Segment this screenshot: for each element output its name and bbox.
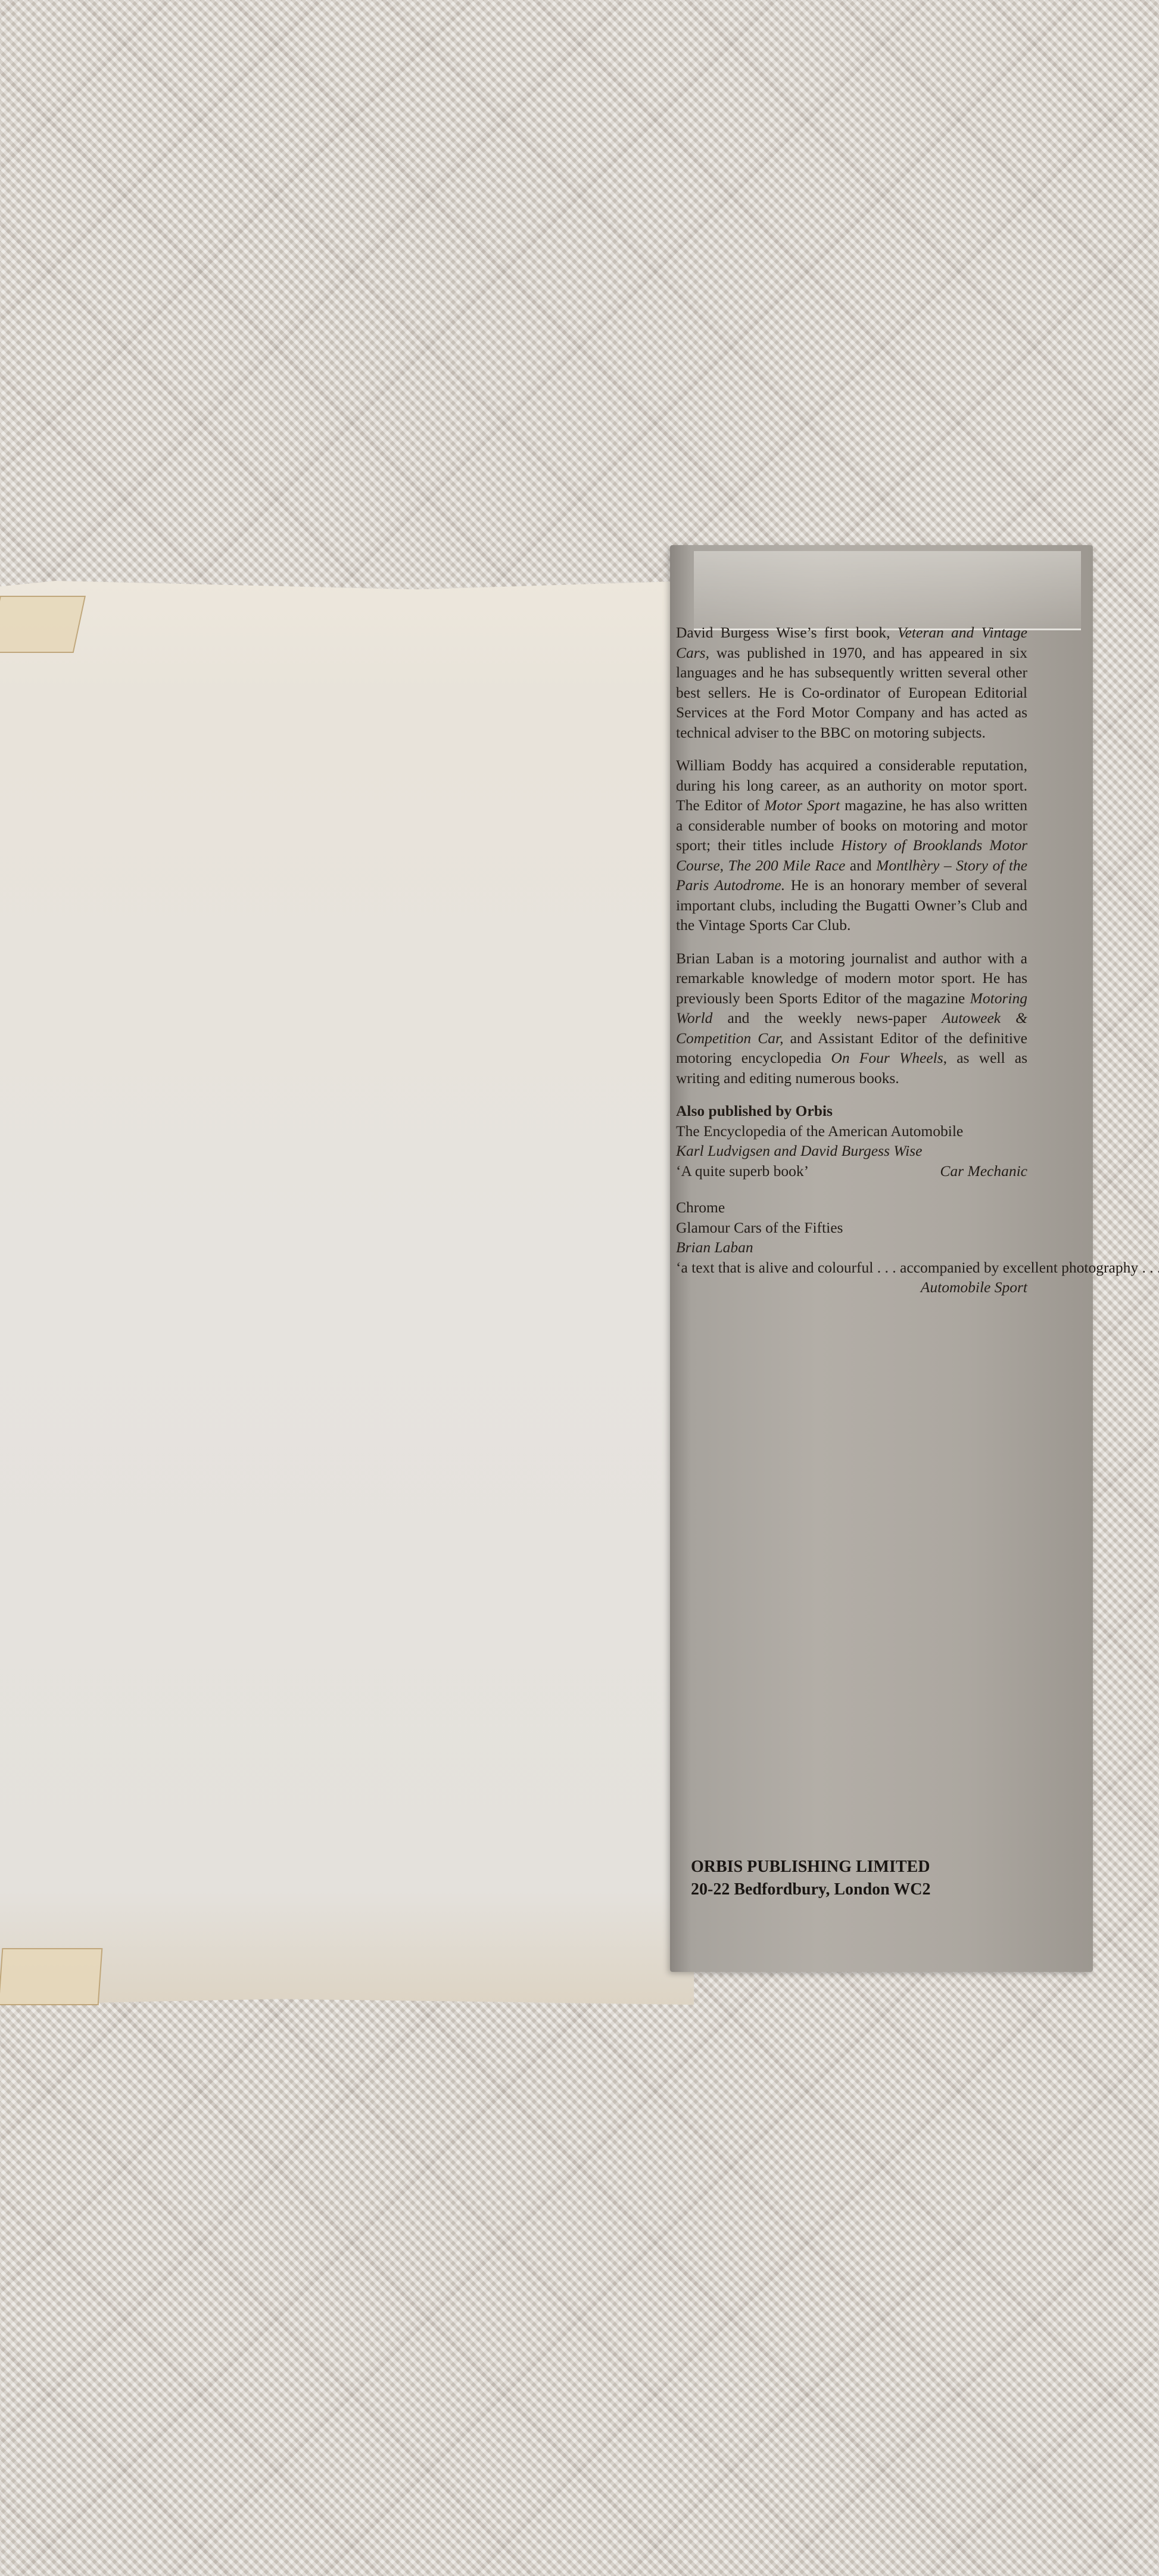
- book-author: Brian Laban: [676, 1237, 1027, 1258]
- tape-strip-top: [0, 596, 86, 653]
- review-source-row: Automobile Sport: [676, 1277, 1027, 1298]
- bio-william-boddy: William Boddy has acquired a considerabl…: [676, 755, 1027, 935]
- publisher-address: 20-22 Bedfordbury, London WC2: [691, 1878, 1024, 1901]
- review-quote: ‘a text that is alive and colourful . . …: [676, 1258, 1027, 1278]
- publisher-imprint: ORBIS PUBLISHING LIMITED 20-22 Bedfordbu…: [691, 1856, 1024, 1901]
- flap-text-column: David Burgess Wise’s first book, Veteran…: [676, 623, 1027, 1314]
- review-source: Car Mechanic: [940, 1161, 1027, 1181]
- review-source: Automobile Sport: [921, 1278, 1027, 1296]
- book-title: Chrome: [676, 1197, 1027, 1218]
- review-quote-row: ‘A quite superb book’ Car Mechanic: [676, 1161, 1027, 1181]
- review-quote: ‘A quite superb book’: [676, 1161, 809, 1181]
- also-published-heading: Also published by Orbis: [676, 1101, 1027, 1121]
- book-subtitle: Glamour Cars of the Fifties: [676, 1218, 1027, 1238]
- also-published-book-2: Chrome Glamour Cars of the Fifties Brian…: [676, 1197, 1027, 1298]
- also-published-book-1: Also published by Orbis The Encyclopedia…: [676, 1101, 1027, 1181]
- book-author: Karl Ludvigsen and David Burgess Wise: [676, 1141, 1027, 1161]
- publisher-name: ORBIS PUBLISHING LIMITED: [691, 1856, 1024, 1878]
- tape-strip-bottom: [0, 1948, 102, 2005]
- book-title: The Encyclopedia of the American Automob…: [676, 1121, 1027, 1141]
- bio-brian-laban: Brian Laban is a motoring journalist and…: [676, 948, 1027, 1088]
- bio-david-burgess-wise: David Burgess Wise’s first book, Veteran…: [676, 623, 1027, 742]
- blank-endpaper-page: [0, 581, 694, 2005]
